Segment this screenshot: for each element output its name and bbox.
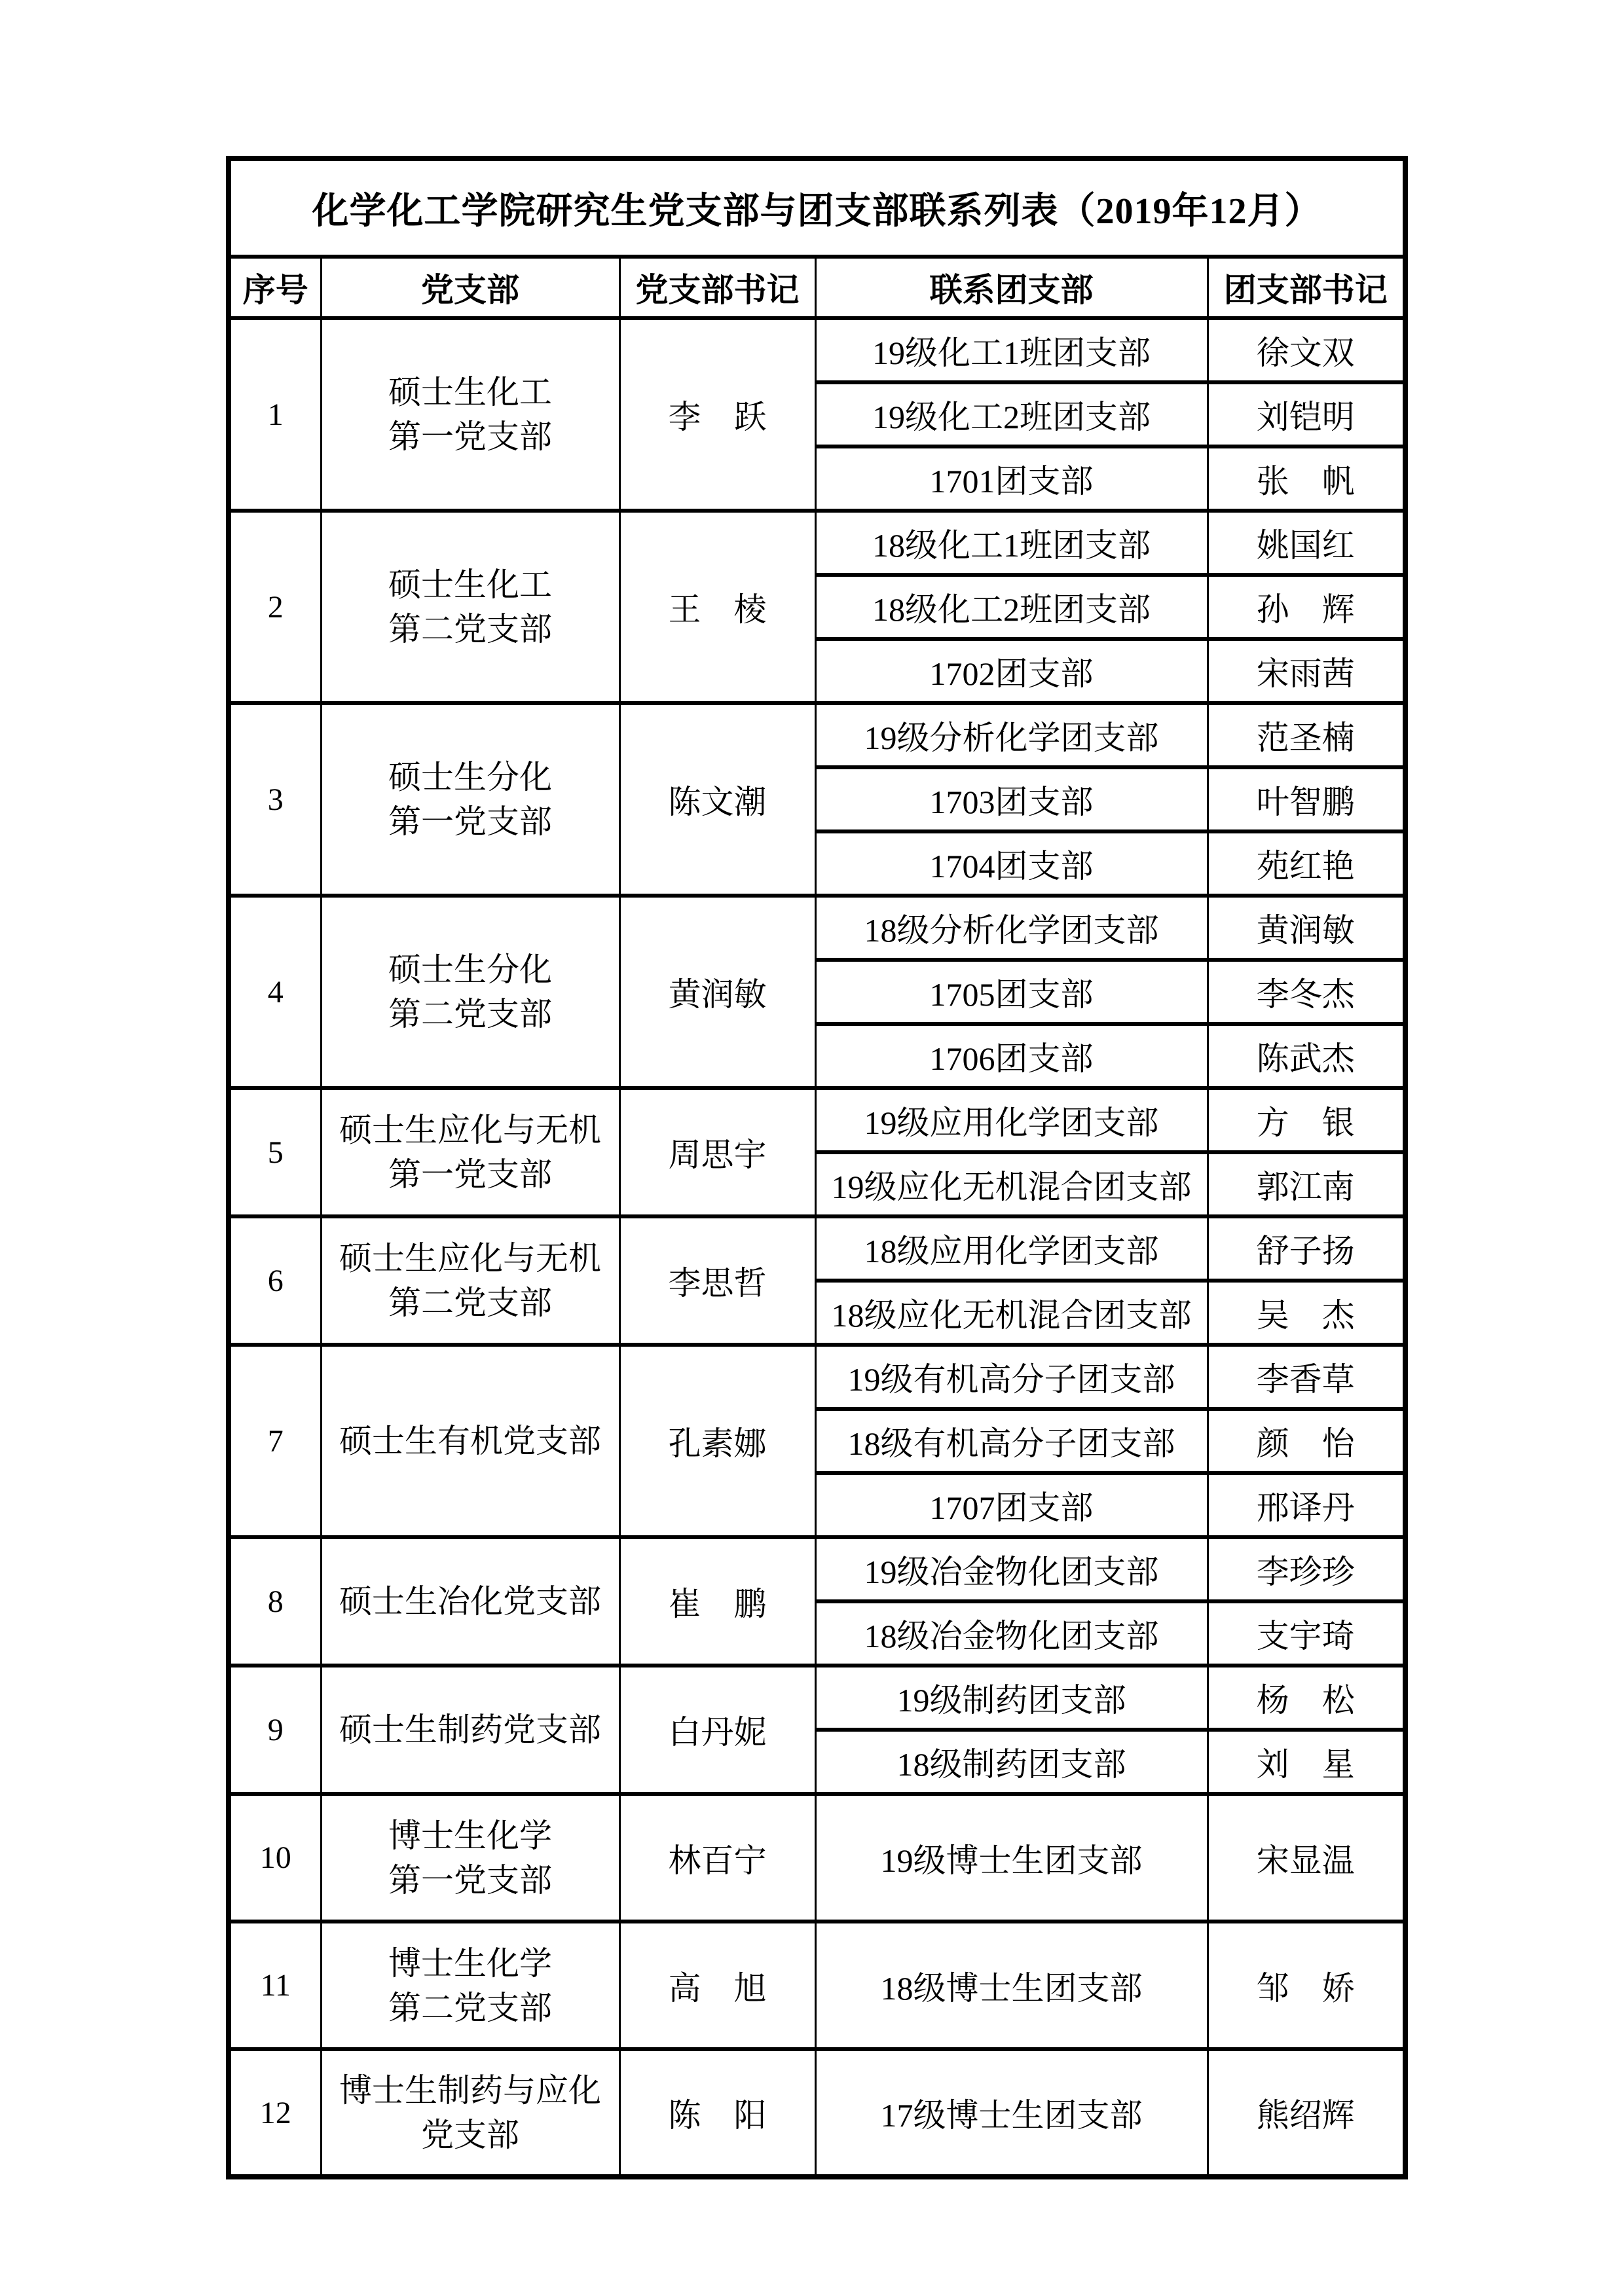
league-row: 3硕士生分化第一党支部陈文潮19级分析化学团支部范圣楠 bbox=[229, 703, 1405, 767]
league-secretary-cell: 叶智鹏 bbox=[1208, 767, 1405, 831]
party-branch-cell: 硕士生分化第一党支部 bbox=[321, 703, 619, 896]
row-number: 8 bbox=[229, 1537, 321, 1666]
party-secretary-cell: 李思哲 bbox=[619, 1216, 815, 1345]
party-secretary-cell: 黄润敏 bbox=[619, 896, 815, 1088]
league-secretary-cell: 舒子扬 bbox=[1208, 1216, 1405, 1281]
league-row: 7硕士生有机党支部孔素娜19级有机高分子团支部李香草 bbox=[229, 1345, 1405, 1409]
league-branch-cell: 18级化工2班团支部 bbox=[815, 575, 1208, 639]
league-row: 11博士生化学第二党支部高 旭18级博士生团支部邹 娇 bbox=[229, 1922, 1405, 2049]
party-branch-line: 硕士生应化与无机 bbox=[322, 1108, 619, 1152]
row-number: 3 bbox=[229, 703, 321, 896]
party-branch-cell: 硕士生化工第二党支部 bbox=[321, 511, 619, 703]
league-branch-cell: 18级应化无机混合团支部 bbox=[815, 1281, 1208, 1345]
league-secretary-cell: 杨 松 bbox=[1208, 1666, 1405, 1730]
party-branch-line: 第一党支部 bbox=[322, 1152, 619, 1197]
league-branch-cell: 1701团支部 bbox=[815, 446, 1208, 511]
league-branch-cell: 18级博士生团支部 bbox=[815, 1922, 1208, 2049]
party-secretary-cell: 孔素娜 bbox=[619, 1345, 815, 1537]
league-secretary-cell: 范圣楠 bbox=[1208, 703, 1405, 767]
league-secretary-cell: 李香草 bbox=[1208, 1345, 1405, 1409]
party-branch-cell: 硕士生有机党支部 bbox=[321, 1345, 619, 1537]
league-branch-cell: 1706团支部 bbox=[815, 1024, 1208, 1088]
league-branch-cell: 19级制药团支部 bbox=[815, 1666, 1208, 1730]
column-header-index: 序号 bbox=[229, 257, 321, 318]
row-number: 12 bbox=[229, 2049, 321, 2177]
league-secretary-cell: 孙 辉 bbox=[1208, 575, 1405, 639]
league-branch-cell: 18级有机高分子团支部 bbox=[815, 1409, 1208, 1473]
party-branch-line: 硕士生有机党支部 bbox=[322, 1419, 619, 1463]
party-branch-line: 党支部 bbox=[322, 2113, 619, 2157]
league-secretary-cell: 刘 星 bbox=[1208, 1730, 1405, 1794]
league-row: 2硕士生化工第二党支部王 棱18级化工1班团支部姚国红 bbox=[229, 511, 1405, 575]
league-branch-cell: 1705团支部 bbox=[815, 960, 1208, 1024]
league-branch-cell: 1703团支部 bbox=[815, 767, 1208, 831]
league-secretary-cell: 陈武杰 bbox=[1208, 1024, 1405, 1088]
column-header-party-secretary: 党支部书记 bbox=[619, 257, 815, 318]
party-branch-line: 第二党支部 bbox=[322, 1281, 619, 1325]
row-number: 7 bbox=[229, 1345, 321, 1537]
league-secretary-cell: 方 银 bbox=[1208, 1088, 1405, 1152]
party-secretary-cell: 高 旭 bbox=[619, 1922, 815, 2049]
league-branch-cell: 1702团支部 bbox=[815, 639, 1208, 703]
league-branch-cell: 18级分析化学团支部 bbox=[815, 896, 1208, 960]
row-number: 5 bbox=[229, 1088, 321, 1216]
league-branch-cell: 18级制药团支部 bbox=[815, 1730, 1208, 1794]
party-secretary-cell: 白丹妮 bbox=[619, 1666, 815, 1794]
league-branch-cell: 19级化工1班团支部 bbox=[815, 318, 1208, 382]
column-header-league-branch: 联系团支部 bbox=[815, 257, 1208, 318]
league-secretary-cell: 姚国红 bbox=[1208, 511, 1405, 575]
league-secretary-cell: 宋显温 bbox=[1208, 1794, 1405, 1922]
party-branch-cell: 硕士生应化与无机第一党支部 bbox=[321, 1088, 619, 1216]
row-number: 6 bbox=[229, 1216, 321, 1345]
party-branch-line: 硕士生化工 bbox=[322, 370, 619, 414]
row-number: 9 bbox=[229, 1666, 321, 1794]
league-branch-cell: 19级有机高分子团支部 bbox=[815, 1345, 1208, 1409]
party-branch-line: 博士生化学 bbox=[322, 1941, 619, 1986]
title-row: 化学化工学院研究生党支部与团支部联系列表（2019年12月） bbox=[229, 158, 1405, 257]
party-branch-line: 第二党支部 bbox=[322, 992, 619, 1036]
league-secretary-cell: 熊绍辉 bbox=[1208, 2049, 1405, 2177]
league-secretary-cell: 张 帆 bbox=[1208, 446, 1405, 511]
league-secretary-cell: 苑红艳 bbox=[1208, 831, 1405, 896]
row-number: 1 bbox=[229, 318, 321, 511]
league-branch-cell: 19级冶金物化团支部 bbox=[815, 1537, 1208, 1601]
league-secretary-cell: 李珍珍 bbox=[1208, 1537, 1405, 1601]
party-secretary-cell: 周思宇 bbox=[619, 1088, 815, 1216]
league-row: 6硕士生应化与无机第二党支部李思哲18级应用化学团支部舒子扬 bbox=[229, 1216, 1405, 1281]
party-branch-line: 硕士生化工 bbox=[322, 562, 619, 607]
league-branch-cell: 18级冶金物化团支部 bbox=[815, 1601, 1208, 1666]
party-branch-line: 第一党支部 bbox=[322, 1858, 619, 1903]
table-title: 化学化工学院研究生党支部与团支部联系列表（2019年12月） bbox=[229, 158, 1405, 257]
party-branch-line: 第一党支部 bbox=[322, 799, 619, 844]
league-branch-cell: 17级博士生团支部 bbox=[815, 2049, 1208, 2177]
party-branch-line: 硕士生冶化党支部 bbox=[322, 1579, 619, 1624]
party-branch-cell: 博士生化学第二党支部 bbox=[321, 1922, 619, 2049]
row-number: 4 bbox=[229, 896, 321, 1088]
league-row: 1硕士生化工第一党支部李 跃19级化工1班团支部徐文双 bbox=[229, 318, 1405, 382]
league-branch-cell: 19级分析化学团支部 bbox=[815, 703, 1208, 767]
party-branch-cell: 博士生制药与应化党支部 bbox=[321, 2049, 619, 2177]
league-secretary-cell: 郭江南 bbox=[1208, 1152, 1405, 1216]
row-number: 10 bbox=[229, 1794, 321, 1922]
party-secretary-cell: 崔 鹏 bbox=[619, 1537, 815, 1666]
party-branch-cell: 硕士生制药党支部 bbox=[321, 1666, 619, 1794]
party-branch-line: 硕士生制药党支部 bbox=[322, 1707, 619, 1752]
party-branch-line: 硕士生分化 bbox=[322, 755, 619, 799]
party-branch-cell: 硕士生应化与无机第二党支部 bbox=[321, 1216, 619, 1345]
league-branch-cell: 1704团支部 bbox=[815, 831, 1208, 896]
party-branch-line: 第二党支部 bbox=[322, 607, 619, 651]
league-branch-cell: 1707团支部 bbox=[815, 1473, 1208, 1537]
league-row: 12博士生制药与应化党支部陈 阳17级博士生团支部熊绍辉 bbox=[229, 2049, 1405, 2177]
party-branch-line: 博士生制药与应化 bbox=[322, 2068, 619, 2113]
row-number: 11 bbox=[229, 1922, 321, 2049]
party-branch-line: 第二党支部 bbox=[322, 1986, 619, 2030]
league-row: 9硕士生制药党支部白丹妮19级制药团支部杨 松 bbox=[229, 1666, 1405, 1730]
party-branch-cell: 硕士生冶化党支部 bbox=[321, 1537, 619, 1666]
league-secretary-cell: 徐文双 bbox=[1208, 318, 1405, 382]
league-row: 10博士生化学第一党支部林百宁19级博士生团支部宋显温 bbox=[229, 1794, 1405, 1922]
party-secretary-cell: 陈文潮 bbox=[619, 703, 815, 896]
party-branch-line: 第一党支部 bbox=[322, 414, 619, 459]
league-row: 8硕士生冶化党支部崔 鹏19级冶金物化团支部李珍珍 bbox=[229, 1537, 1405, 1601]
column-header-league-secretary: 团支部书记 bbox=[1208, 257, 1405, 318]
liaison-table: 化学化工学院研究生党支部与团支部联系列表（2019年12月） 序号 党支部 党支… bbox=[226, 156, 1408, 2179]
league-secretary-cell: 黄润敏 bbox=[1208, 896, 1405, 960]
party-secretary-cell: 李 跃 bbox=[619, 318, 815, 511]
league-secretary-cell: 颜 怡 bbox=[1208, 1409, 1405, 1473]
league-secretary-cell: 宋雨茜 bbox=[1208, 639, 1405, 703]
league-secretary-cell: 吴 杰 bbox=[1208, 1281, 1405, 1345]
party-secretary-cell: 林百宁 bbox=[619, 1794, 815, 1922]
league-branch-cell: 18级化工1班团支部 bbox=[815, 511, 1208, 575]
league-secretary-cell: 刘铠明 bbox=[1208, 382, 1405, 446]
league-row: 5硕士生应化与无机第一党支部周思宇19级应用化学团支部方 银 bbox=[229, 1088, 1405, 1152]
party-secretary-cell: 王 棱 bbox=[619, 511, 815, 703]
document-page: 化学化工学院研究生党支部与团支部联系列表（2019年12月） 序号 党支部 党支… bbox=[226, 156, 1408, 2179]
header-row: 序号 党支部 党支部书记 联系团支部 团支部书记 bbox=[229, 257, 1405, 318]
party-branch-line: 硕士生分化 bbox=[322, 947, 619, 992]
league-branch-cell: 19级博士生团支部 bbox=[815, 1794, 1208, 1922]
league-branch-cell: 18级应用化学团支部 bbox=[815, 1216, 1208, 1281]
party-branch-cell: 博士生化学第一党支部 bbox=[321, 1794, 619, 1922]
column-header-party-branch: 党支部 bbox=[321, 257, 619, 318]
party-branch-line: 博士生化学 bbox=[322, 1813, 619, 1858]
league-secretary-cell: 邹 娇 bbox=[1208, 1922, 1405, 2049]
row-number: 2 bbox=[229, 511, 321, 703]
party-branch-cell: 硕士生化工第一党支部 bbox=[321, 318, 619, 511]
league-branch-cell: 19级化工2班团支部 bbox=[815, 382, 1208, 446]
league-secretary-cell: 邢译丹 bbox=[1208, 1473, 1405, 1537]
league-branch-cell: 19级应化无机混合团支部 bbox=[815, 1152, 1208, 1216]
league-branch-cell: 19级应用化学团支部 bbox=[815, 1088, 1208, 1152]
league-row: 4硕士生分化第二党支部黄润敏18级分析化学团支部黄润敏 bbox=[229, 896, 1405, 960]
party-branch-cell: 硕士生分化第二党支部 bbox=[321, 896, 619, 1088]
party-secretary-cell: 陈 阳 bbox=[619, 2049, 815, 2177]
league-secretary-cell: 李冬杰 bbox=[1208, 960, 1405, 1024]
party-branch-line: 硕士生应化与无机 bbox=[322, 1236, 619, 1281]
league-secretary-cell: 支宇琦 bbox=[1208, 1601, 1405, 1666]
